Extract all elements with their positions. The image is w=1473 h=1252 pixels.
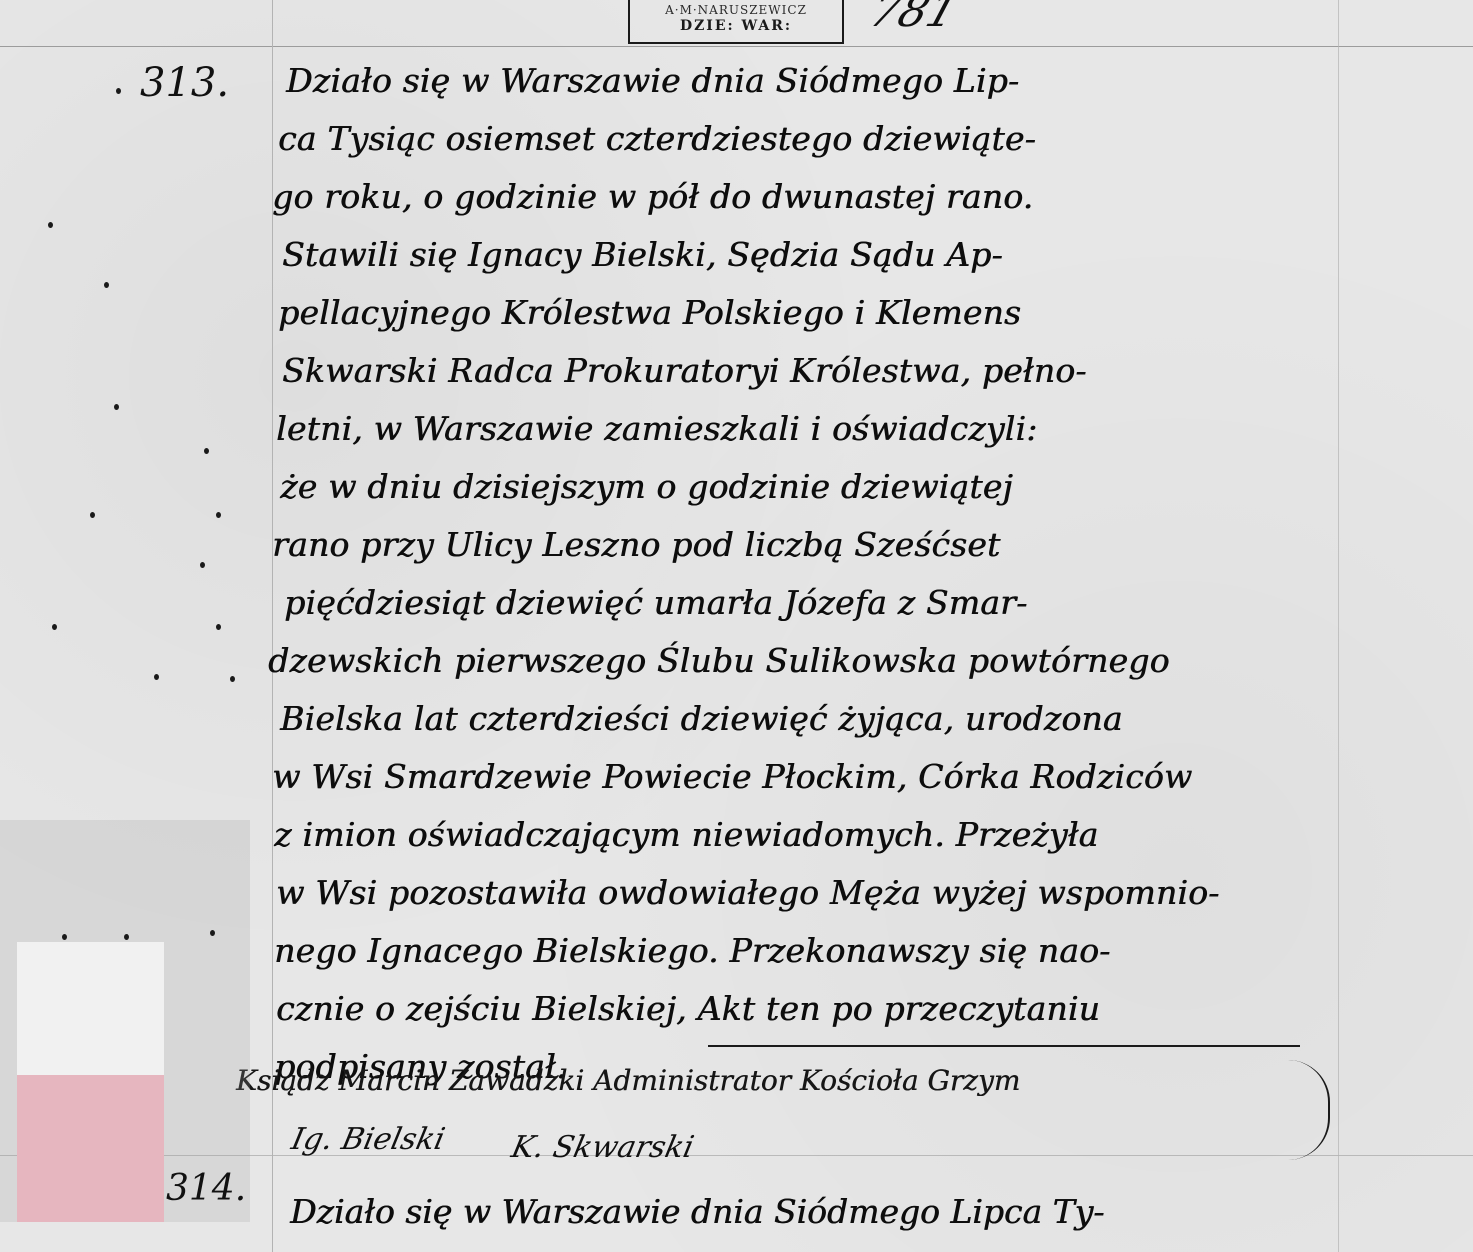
record-line: w Wsi Smardzewie Powiecie Płockim, Córka… [262,748,1372,806]
ink-speck [200,562,205,568]
ink-speck [90,512,95,518]
ink-speck [124,934,129,940]
ink-speck [210,930,215,936]
document-page: A·M·NARUSZEWICZ DZIE: WAR: 781 313. Dzia… [0,0,1473,1252]
record-line: z imion oświadczającym niewiadomych. Prz… [262,806,1372,864]
ink-dot [116,88,121,94]
archive-stamp: A·M·NARUSZEWICZ DZIE: WAR: [628,0,844,44]
record-line: letni, w Warszawie zamieszkali i oświadc… [262,400,1372,458]
folio-number: 781 [864,0,965,37]
white-highlight-box [17,942,164,1075]
ink-speck [104,282,109,288]
top-ruling-line [0,46,1473,47]
record-line: Działo się w Warszawie dnia Siódmego Lip… [262,52,1372,110]
next-entry-first-line: Działo się w Warszawie dnia Siódmego Lip… [290,1192,1104,1231]
record-line: ca Tysiąc osiemset czterdziestego dziewi… [262,110,1372,168]
stamp-line-1: A·M·NARUSZEWICZ [630,2,842,18]
record-line: Bielska lat czterdzieści dziewięć żyjąca… [262,690,1372,748]
record-line: w Wsi pozostawiła owdowiałego Męża wyżej… [262,864,1372,922]
record-line: dzewskich pierwszego Ślubu Sulikowska po… [262,632,1372,690]
record-line: cznie o zejściu Bielskiej, Akt ten po pr… [262,980,1372,1038]
record-line: Stawili się Ignacy Bielski, Sędzia Sądu … [262,226,1372,284]
officiant-signature-line: Ksiądz Marcin Zawadzki Administrator Koś… [236,1064,1020,1097]
ink-speck [230,676,235,682]
record-line: Skwarski Radca Prokuratoryi Królestwa, p… [262,342,1372,400]
stamp-line-2: DZIE: WAR: [630,18,842,34]
record-text: Działo się w Warszawie dnia Siódmego Lip… [262,52,1372,1096]
ink-speck [114,404,119,410]
signature-bielski: Ig. Bielski [288,1122,448,1157]
closing-rule [708,1045,1300,1047]
record-line: go roku, o godzinie w pół do dwunastej r… [262,168,1372,226]
next-entry-number: 314. [166,1168,246,1209]
ink-speck [52,624,57,630]
record-line: że w dniu dzisiejszym o godzinie dziewią… [262,458,1372,516]
ink-speck [216,512,221,518]
ink-speck [154,674,159,680]
record-line: nego Ignacego Bielskiego. Przekonawszy s… [262,922,1372,980]
record-line: pellacyjnego Królestwa Polskiego i Kleme… [262,284,1372,342]
ink-speck [48,222,53,228]
signature-skwarski: K. Skwarski [508,1130,697,1165]
ink-speck [204,448,209,454]
pink-highlight-box [17,1075,164,1222]
ink-speck [62,934,67,940]
record-line: pięćdziesiąt dziewięć umarła Józefa z Sm… [262,574,1372,632]
ink-speck [216,624,221,630]
entry-number: 313. [140,60,229,106]
record-line: rano przy Ulicy Leszno pod liczbą Sześćs… [262,516,1372,574]
